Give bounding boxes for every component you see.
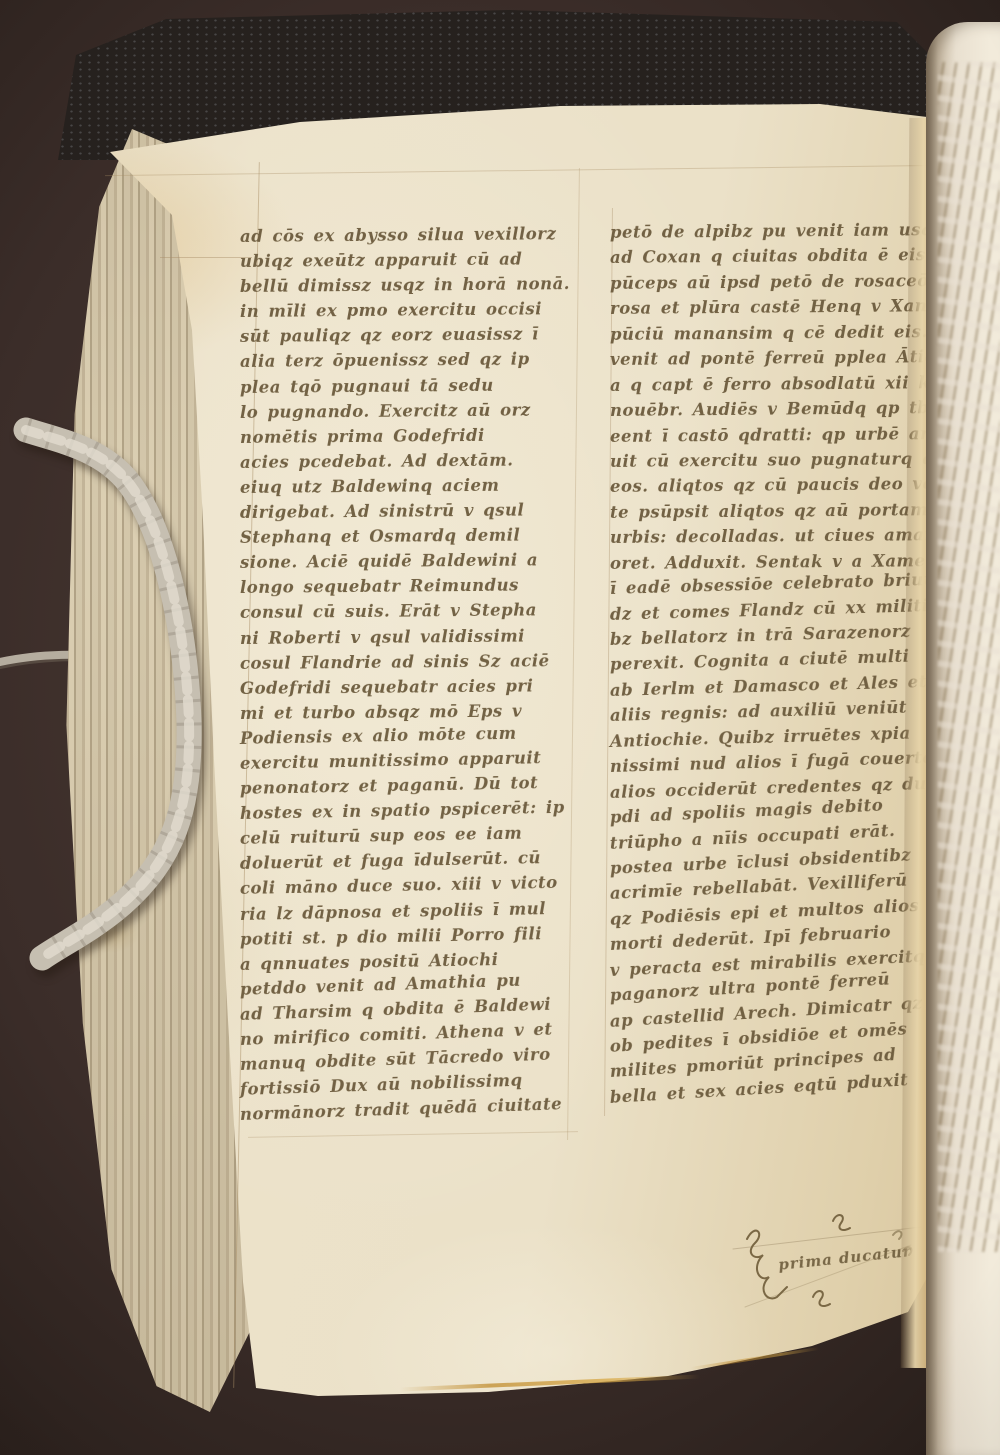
manuscript-line: sūt pauliqz qz eorz euasissz ī — [240, 321, 582, 349]
manuscript-line: eent ī castō qdratti: qp urbē arri — [610, 421, 942, 449]
manuscript-line: eos. aliqtos qz cū paucis deo volē — [610, 471, 942, 499]
manuscript-line: a q capt ē ferro absodlatū xii kl — [610, 370, 942, 398]
manuscript-line: Godefridi sequebatr acies pri — [240, 673, 582, 701]
manuscript-line: plea tqō pugnaui tā sedu — [240, 372, 582, 400]
manuscript-line: te psūpsit aliqtos qz aū portam — [610, 497, 942, 525]
manuscript-line: uit cū exercitu suo pugnaturq q — [610, 446, 942, 474]
book-weight-cord — [0, 392, 240, 992]
manuscript-line: ad Coxan q ciuitas obdita ē eis — [610, 243, 942, 271]
manuscript-line: consul cū suis. Erāt v Stepha — [240, 597, 582, 625]
manuscript-line: eiuq utz Baldewinq aciem — [240, 472, 582, 500]
manuscript-line: venit ad pontē ferreū pplea Ātiochi — [610, 344, 942, 372]
ruling-line — [160, 257, 252, 258]
manuscript-line: pūceps aū ipsd petō de rosaceō — [610, 268, 942, 296]
manuscript-line: nouēbr. Audiēs v Bemūdq qp tbi — [610, 395, 942, 423]
manuscript-line: lo pugnando. Exercitz aū orz — [240, 397, 582, 425]
adjacent-page-blurred-text — [938, 62, 1000, 1252]
manuscript-line: urbis: decolladas. ut ciues amari — [610, 522, 942, 550]
manuscript-line: nomētis prima Godefridi — [240, 422, 582, 450]
manuscript-line: ni Roberti v qsul validissimi — [240, 623, 582, 651]
manuscript-line: dirigebat. Ad sinistrū v qsul — [240, 497, 582, 525]
manuscript-line: Stephanq et Osmardq demil — [240, 522, 582, 550]
text-column-left: ad cōs ex abysso silua vexillorz ubiqz e… — [240, 224, 582, 1127]
text-column-right: petō de alpibz pu venit iam usqz ad Coxa… — [610, 220, 942, 1110]
manuscript-line: bellū dimissz usqz in horā nonā. — [240, 271, 582, 299]
manuscript-photo: ad cōs ex abysso silua vexillorz ubiqz e… — [0, 0, 1000, 1455]
manuscript-line: sione. Aciē quidē Baldewini a — [240, 547, 582, 575]
manuscript-line: rosa et plūra castē Henq v Xanoz — [610, 293, 942, 321]
manuscript-line: in mīli ex pmo exercitu occisi — [240, 296, 582, 324]
manuscript-line: ad cōs ex abysso silua vexillorz — [240, 221, 582, 249]
manuscript-line: ubiqz exeūtz apparuit cū ad — [240, 246, 582, 274]
manuscript-line: petō de alpibz pu venit iam usqz — [610, 217, 942, 245]
manuscript-line: pūciū manansim q cē dedit eis. inde — [610, 319, 942, 347]
manuscript-line: cosul Flandrie ad sinis Sz aciē — [240, 648, 582, 676]
manuscript-line: longo sequebatr Reimundus — [240, 572, 582, 600]
manuscript-line: alia terz ōpuenissz sed qz ip — [240, 346, 582, 374]
manuscript-line: acies pcedebat. Ad dextām. — [240, 447, 582, 475]
adjacent-page — [926, 22, 1000, 1455]
